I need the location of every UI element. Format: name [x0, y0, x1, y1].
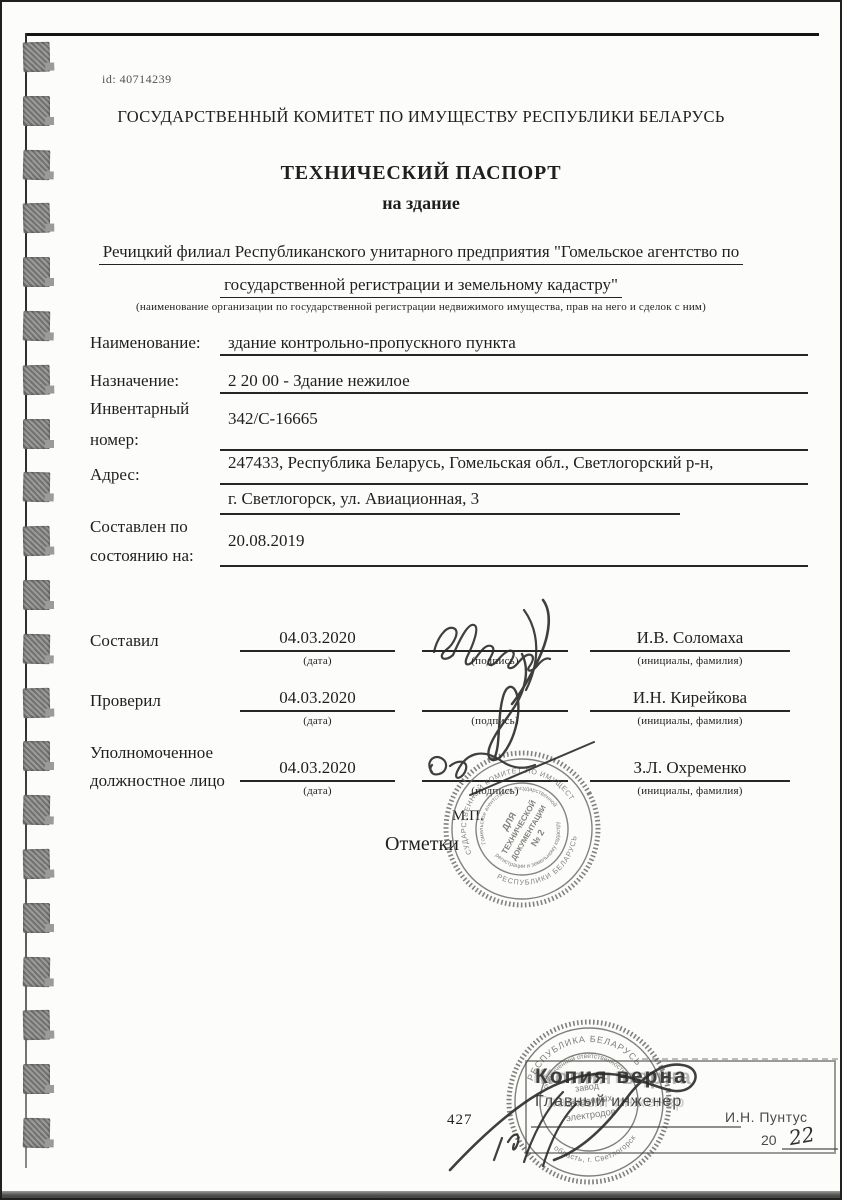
caption-sign: (подпись)	[422, 655, 568, 667]
field-label-name: Наименование:	[90, 332, 201, 353]
scanned-document-page: id: 40714239 ГОСУДАРСТВЕННЫЙ КОМИТЕТ ПО …	[0, 0, 842, 1200]
binder-hole	[23, 687, 51, 718]
underline	[220, 565, 808, 567]
binder-hole	[23, 741, 50, 771]
binder-hole	[23, 956, 51, 987]
document-title: ТЕХНИЧЕСКИЙ ПАСПОРТ	[2, 162, 840, 185]
sig-row-label: Уполномоченное	[90, 742, 213, 763]
caption-name: (инициалы, фамилия)	[590, 655, 790, 667]
sig-row-name: И.Н. Кирейкова	[590, 687, 790, 708]
caption-date: (дата)	[240, 715, 395, 727]
sig-row-label: Составил	[90, 630, 159, 651]
field-label-purpose: Назначение:	[90, 370, 179, 391]
field-label-asof-2: состоянию на:	[90, 545, 194, 566]
caption-sign: (подпись)	[422, 715, 568, 727]
binder-hole	[23, 1010, 51, 1041]
binder-hole	[23, 42, 51, 73]
page-top-rule	[25, 33, 819, 36]
handwritten-year: 22	[787, 1122, 816, 1150]
binder-hole	[23, 364, 51, 395]
field-value-address-1: 247433, Республика Беларусь, Гомельская …	[228, 452, 713, 473]
field-value-asof: 20.08.2019	[228, 530, 305, 551]
field-value-name: здание контрольно-пропускного пункта	[228, 332, 516, 353]
binder-hole	[23, 580, 50, 610]
field-label-inventory-2: номер:	[90, 429, 139, 450]
binder-hole	[23, 1064, 50, 1094]
copy-stamp-signer: И.Н. Пунтус	[725, 1109, 808, 1125]
copy-certification-stamp: Копия верна Главный инженер И.Н. Пунтус …	[525, 1060, 836, 1154]
document-id: id: 40714239	[102, 72, 172, 87]
underline	[220, 449, 808, 451]
year-line	[782, 1148, 838, 1150]
field-label-inventory-1: Инвентарный	[90, 398, 189, 419]
caption-name: (инициалы, фамилия)	[590, 785, 790, 797]
copy-stamp-year-prefix: 20	[761, 1132, 777, 1148]
binder-hole	[23, 1118, 51, 1149]
binder-hole	[23, 311, 51, 342]
caption-sign: (подпись)	[422, 785, 568, 797]
field-value-purpose: 2 20 00 - Здание нежилое	[228, 370, 410, 391]
binder-hole	[23, 849, 51, 880]
sig-row-name: З.Л. Охременко	[590, 757, 790, 778]
binder-hole	[23, 526, 51, 557]
binder-hole	[23, 472, 51, 503]
sig-row-label-2: должностное лицо	[90, 770, 225, 791]
page-number: 427	[447, 1112, 473, 1129]
sig-row-name: И.В. Соломаха	[590, 627, 790, 648]
underline	[220, 392, 808, 394]
binder-hole	[23, 633, 51, 664]
scan-bottom-edge	[2, 1191, 842, 1200]
organization-caption: (наименование организации по государстве…	[2, 301, 840, 313]
field-value-address-2: г. Светлогорск, ул. Авиационная, 3	[228, 488, 479, 509]
binder-hole	[23, 419, 50, 449]
copy-stamp-signature-line	[531, 1126, 741, 1128]
mp-seal-label: М.П.	[452, 808, 484, 825]
committee-header: ГОСУДАРСТВЕННЫЙ КОМИТЕТ ПО ИМУЩЕСТВУ РЕС…	[2, 107, 840, 127]
field-value-inventory: 342/С-16665	[228, 408, 318, 429]
document-subtitle: на здание	[2, 193, 840, 214]
organization-line-1: Речицкий филиал Республиканского унитарн…	[2, 242, 840, 265]
underline	[220, 483, 808, 485]
underline	[220, 513, 680, 515]
copy-stamp-line1: Копия верна	[535, 1065, 688, 1089]
registry-round-stamp: ГОСУДАРСТВЕННЫЙ КОМИТЕТ ПО ИМУЩЕСТВУ РЕС…	[414, 721, 630, 937]
copy-stamp-line2: Главный инженер	[535, 1093, 682, 1111]
binder-hole	[23, 795, 51, 826]
sig-row-date: 04.03.2020	[240, 687, 395, 708]
binder-hole	[23, 903, 50, 933]
caption-name: (инициалы, фамилия)	[590, 715, 790, 727]
marks-section-title: Отметки	[302, 833, 542, 856]
svg-text:ДЛЯ: ДЛЯ	[500, 811, 518, 833]
sig-row-date: 04.03.2020	[240, 757, 395, 778]
field-label-asof-1: Составлен по	[90, 516, 188, 537]
caption-date: (дата)	[240, 785, 395, 797]
sig-row-date: 04.03.2020	[240, 627, 395, 648]
caption-date: (дата)	[240, 655, 395, 667]
field-label-address: Адрес:	[90, 464, 140, 485]
underline	[220, 354, 808, 356]
sig-row-label: Проверил	[90, 690, 161, 711]
organization-line-2: государственной регистрации и земельному…	[2, 275, 840, 298]
